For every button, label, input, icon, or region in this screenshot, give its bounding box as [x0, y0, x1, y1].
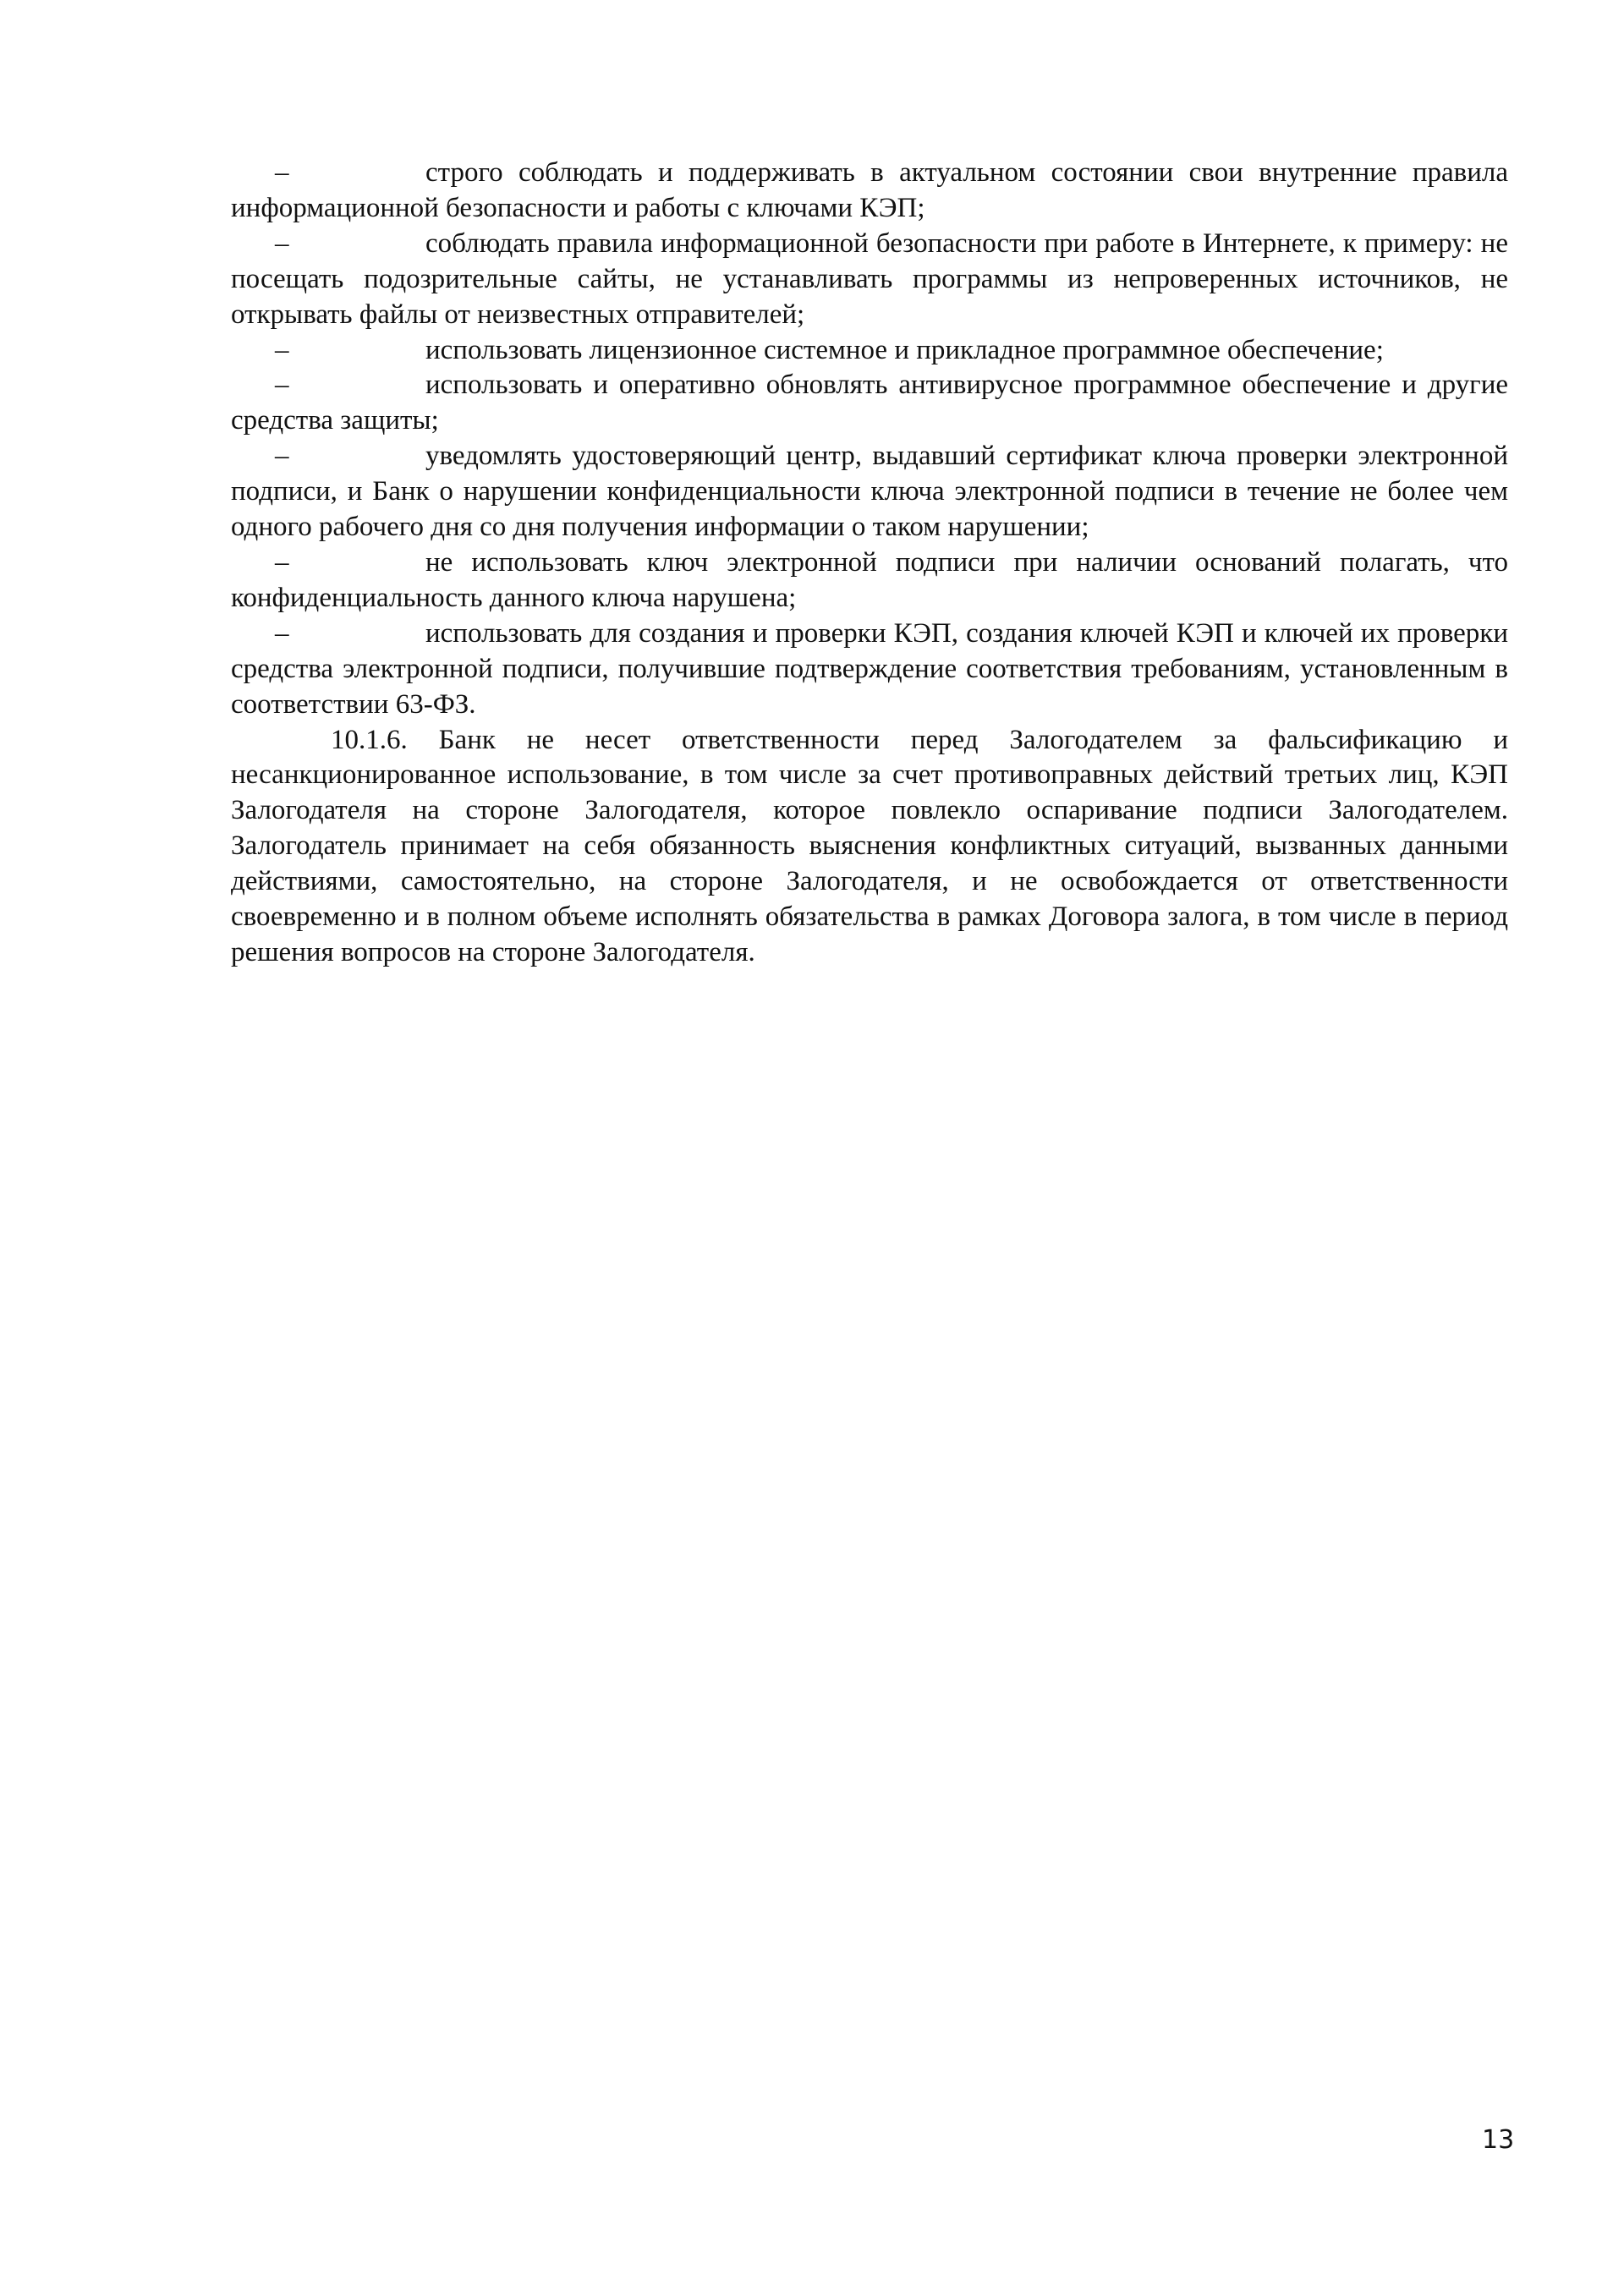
- list-item: –уведомлять удостоверяющий центр, выдавш…: [231, 439, 1508, 545]
- section-paragraph: 10.1.6. Банк не несет ответственности пе…: [231, 723, 1508, 971]
- list-item: –соблюдать правила информационной безопа…: [231, 227, 1508, 333]
- list-item: –не использовать ключ электронной подпис…: [231, 545, 1508, 616]
- dash-marker: –: [231, 616, 425, 652]
- dash-marker: –: [231, 545, 425, 581]
- list-item: –использовать для создания и проверки КЭ…: [231, 616, 1508, 723]
- list-item: –строго соблюдать и поддерживать в актуа…: [231, 156, 1508, 227]
- dash-marker: –: [231, 439, 425, 474]
- dash-marker: –: [231, 156, 425, 191]
- list-item: –использовать и оперативно обновлять ант…: [231, 368, 1508, 439]
- document-page: –строго соблюдать и поддерживать в актуа…: [0, 0, 1624, 2296]
- list-item: –использовать лицензионное системное и п…: [231, 333, 1508, 369]
- page-number: 13: [1482, 2125, 1514, 2155]
- section-number: 10.1.6.: [331, 725, 408, 755]
- dash-marker: –: [231, 227, 425, 262]
- dash-marker: –: [231, 333, 425, 369]
- section-text: Банк не несет ответственности перед Зало…: [231, 725, 1508, 967]
- list-item-text: использовать лицензионное системное и пр…: [425, 335, 1384, 365]
- dash-marker: –: [231, 368, 425, 403]
- document-body: –строго соблюдать и поддерживать в актуа…: [231, 156, 1508, 971]
